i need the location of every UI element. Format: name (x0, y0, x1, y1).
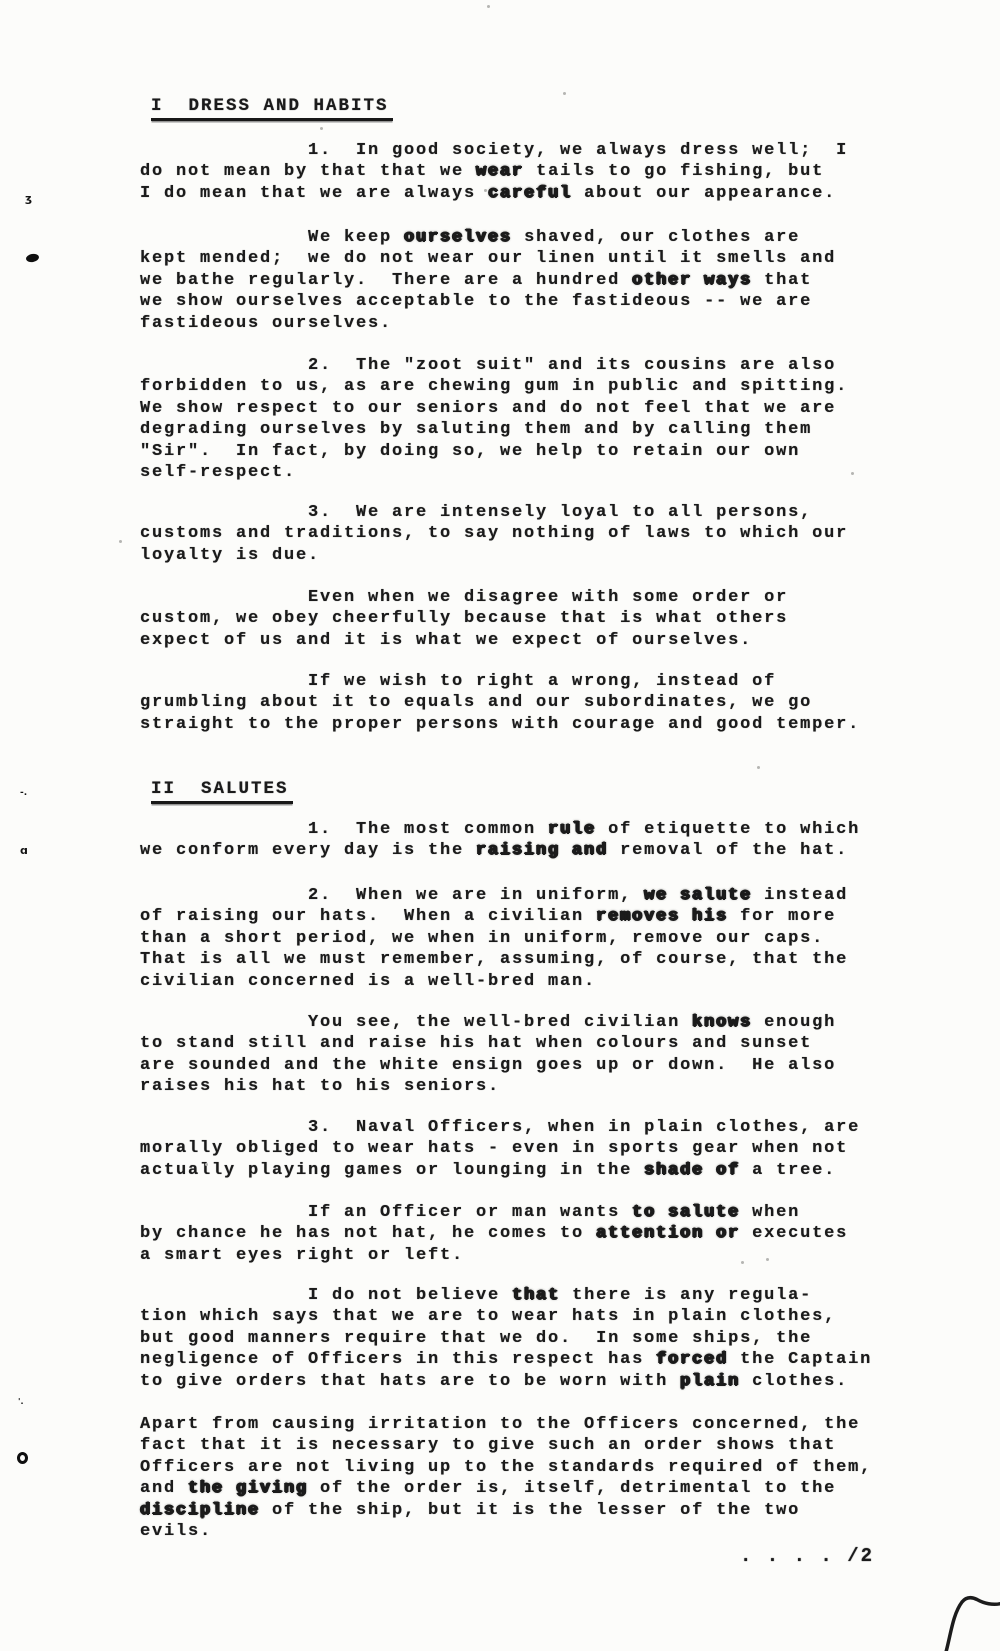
scan-speck (563, 92, 566, 95)
smudged-text: removes his (596, 907, 728, 926)
smudged-text: other ways (632, 271, 752, 290)
text-line: actually playing games or lounging in th… (140, 1160, 860, 1181)
smudged-text: plain (680, 1372, 740, 1391)
text-line: 2. When we are in uniform, we salute ins… (140, 885, 848, 906)
smudged-text: shade of (644, 1161, 740, 1180)
smudged-text: knows (692, 1013, 752, 1032)
text-line: than a short period, we when in uniform,… (140, 928, 848, 949)
text-line: Even when we disagree with some order or (140, 587, 788, 608)
text-line: custom, we obey cheerfully because that … (140, 608, 788, 629)
smudged-text: raising and (476, 841, 608, 860)
text-line: We keep ourselves shaved, our clothes ar… (140, 227, 836, 248)
margin-ink-mark-triangle: ɑ (20, 845, 28, 856)
paragraph: If an Officer or man wants to salute whe… (140, 1202, 848, 1266)
paragraph: If we wish to right a wrong, instead ofg… (140, 671, 860, 735)
scan-speck (766, 1258, 769, 1261)
section-heading: II SALUTES (151, 779, 293, 804)
section-heading: I DRESS AND HABITS (151, 96, 393, 121)
paragraph: I do not believe that there is any regul… (140, 1285, 872, 1392)
text-line: and the giving of the order is, itself, … (140, 1478, 872, 1499)
margin-ink-mark-squiggle: ʒ (25, 193, 32, 204)
section-heading-text: II SALUTES (151, 779, 293, 804)
text-line: 1. In good society, we always dress well… (140, 140, 848, 161)
text-line: customs and traditions, to say nothing o… (140, 523, 848, 544)
smudged-text: rule (548, 820, 596, 839)
text-line: degrading ourselves by saluting them and… (140, 419, 848, 440)
scan-speck (320, 127, 323, 130)
scan-speck (851, 472, 854, 475)
text-line: I do mean that we are always careful abo… (140, 183, 848, 204)
text-line: we conform every day is the raising and … (140, 840, 860, 861)
smudged-text: we salute (644, 886, 752, 905)
margin-ink-mark-ring (17, 1452, 28, 1464)
text-line: grumbling about it to equals and our sub… (140, 692, 860, 713)
section-heading-text: I DRESS AND HABITS (151, 96, 393, 121)
smudged-text: wear (476, 162, 524, 181)
text-line: expect of us and it is what we expect of… (140, 630, 788, 651)
text-line: I do not believe that there is any regul… (140, 1285, 872, 1306)
text-line: discipline of the ship, but it is the le… (140, 1500, 872, 1521)
smudged-text: the giving (188, 1479, 308, 1498)
text-line: do not mean by that that we wear tails t… (140, 161, 848, 182)
scan-speck (119, 540, 122, 543)
text-line: 3. We are intensely loyal to all persons… (140, 502, 848, 523)
paragraph: 3. Naval Officers, when in plain clothes… (140, 1117, 860, 1181)
text-line: evils. (140, 1521, 872, 1542)
paragraph: 2. When we are in uniform, we salute ins… (140, 885, 848, 992)
text-line: You see, the well-bred civilian knows en… (140, 1012, 836, 1033)
smudged-text: attention or (596, 1224, 740, 1243)
smudged-text: careful (488, 184, 572, 203)
text-line: of raising our hats. When a civilian rem… (140, 906, 848, 927)
margin-ink-mark-tick: -. (20, 789, 27, 798)
text-line: 1. The most common rule of etiquette to … (140, 819, 860, 840)
text-line: That is all we must remember, assuming, … (140, 949, 848, 970)
text-line: but good manners require that we do. In … (140, 1328, 872, 1349)
text-line: self-respect. (140, 462, 848, 483)
text-line: If we wish to right a wrong, instead of (140, 671, 860, 692)
paragraph: Apart from causing irritation to the Off… (140, 1414, 872, 1542)
text-line: straight to the proper persons with cour… (140, 714, 860, 735)
paragraph: 1. The most common rule of etiquette to … (140, 819, 860, 862)
text-line: kept mended; we do not wear our linen un… (140, 248, 836, 269)
paragraph: You see, the well-bred civilian knows en… (140, 1012, 836, 1098)
smudged-text: discipline (140, 1501, 260, 1520)
page-continuation-marker: . . . . /2 (740, 1545, 874, 1567)
text-line: forbidden to us, as are chewing gum in p… (140, 376, 848, 397)
text-line: 3. Naval Officers, when in plain clothes… (140, 1117, 860, 1138)
text-line: civilian concerned is a well-bred man. (140, 971, 848, 992)
text-line: Officers are not living up to the standa… (140, 1457, 872, 1478)
smudged-text: that (512, 1286, 560, 1305)
text-line: loyalty is due. (140, 545, 848, 566)
text-line: by chance he has not hat, he comes to at… (140, 1223, 848, 1244)
paragraph: 2. The "zoot suit" and its cousins are a… (140, 355, 848, 483)
paragraph: 3. We are intensely loyal to all persons… (140, 502, 848, 566)
text-line: fastideous ourselves. (140, 313, 836, 334)
text-line: 2. The "zoot suit" and its cousins are a… (140, 355, 848, 376)
paragraph: Even when we disagree with some order or… (140, 587, 788, 651)
margin-ink-mark-tick2: '. (18, 1398, 24, 1406)
smudged-text: to salute (632, 1203, 740, 1222)
smudged-text: forced (656, 1350, 728, 1369)
text-line: We show respect to our seniors and do no… (140, 398, 848, 419)
paragraph: 1. In good society, we always dress well… (140, 140, 848, 204)
scan-speck (741, 1261, 744, 1264)
text-line: to give orders that hats are to be worn … (140, 1371, 872, 1392)
document-body: I DRESS AND HABITS 1. In good society, w… (0, 0, 1000, 1651)
text-line: are sounded and the white ensign goes up… (140, 1055, 836, 1076)
text-line: fact that it is necessary to give such a… (140, 1435, 872, 1456)
text-line: morally obliged to wear hats - even in s… (140, 1138, 860, 1159)
scan-speck (205, 1163, 208, 1166)
scanned-document-page: I DRESS AND HABITS 1. In good society, w… (0, 0, 1000, 1651)
paragraph: We keep ourselves shaved, our clothes ar… (140, 227, 836, 334)
text-line: tion which says that we are to wear hats… (140, 1306, 872, 1327)
text-line: If an Officer or man wants to salute whe… (140, 1202, 848, 1223)
text-line: Apart from causing irritation to the Off… (140, 1414, 872, 1435)
text-line: to stand still and raise his hat when co… (140, 1033, 836, 1054)
text-line: raises his hat to his seniors. (140, 1076, 836, 1097)
text-line: "Sir". In fact, by doing so, we help to … (140, 441, 848, 462)
text-line: we show ourselves acceptable to the fast… (140, 291, 836, 312)
scan-speck (484, 189, 487, 192)
text-line: we bathe regularly. There are a hundred … (140, 270, 836, 291)
scan-speck (487, 5, 490, 8)
text-line: negligence of Officers in this respect h… (140, 1349, 872, 1370)
scan-speck (757, 766, 760, 769)
smudged-text: ourselves (404, 228, 512, 247)
